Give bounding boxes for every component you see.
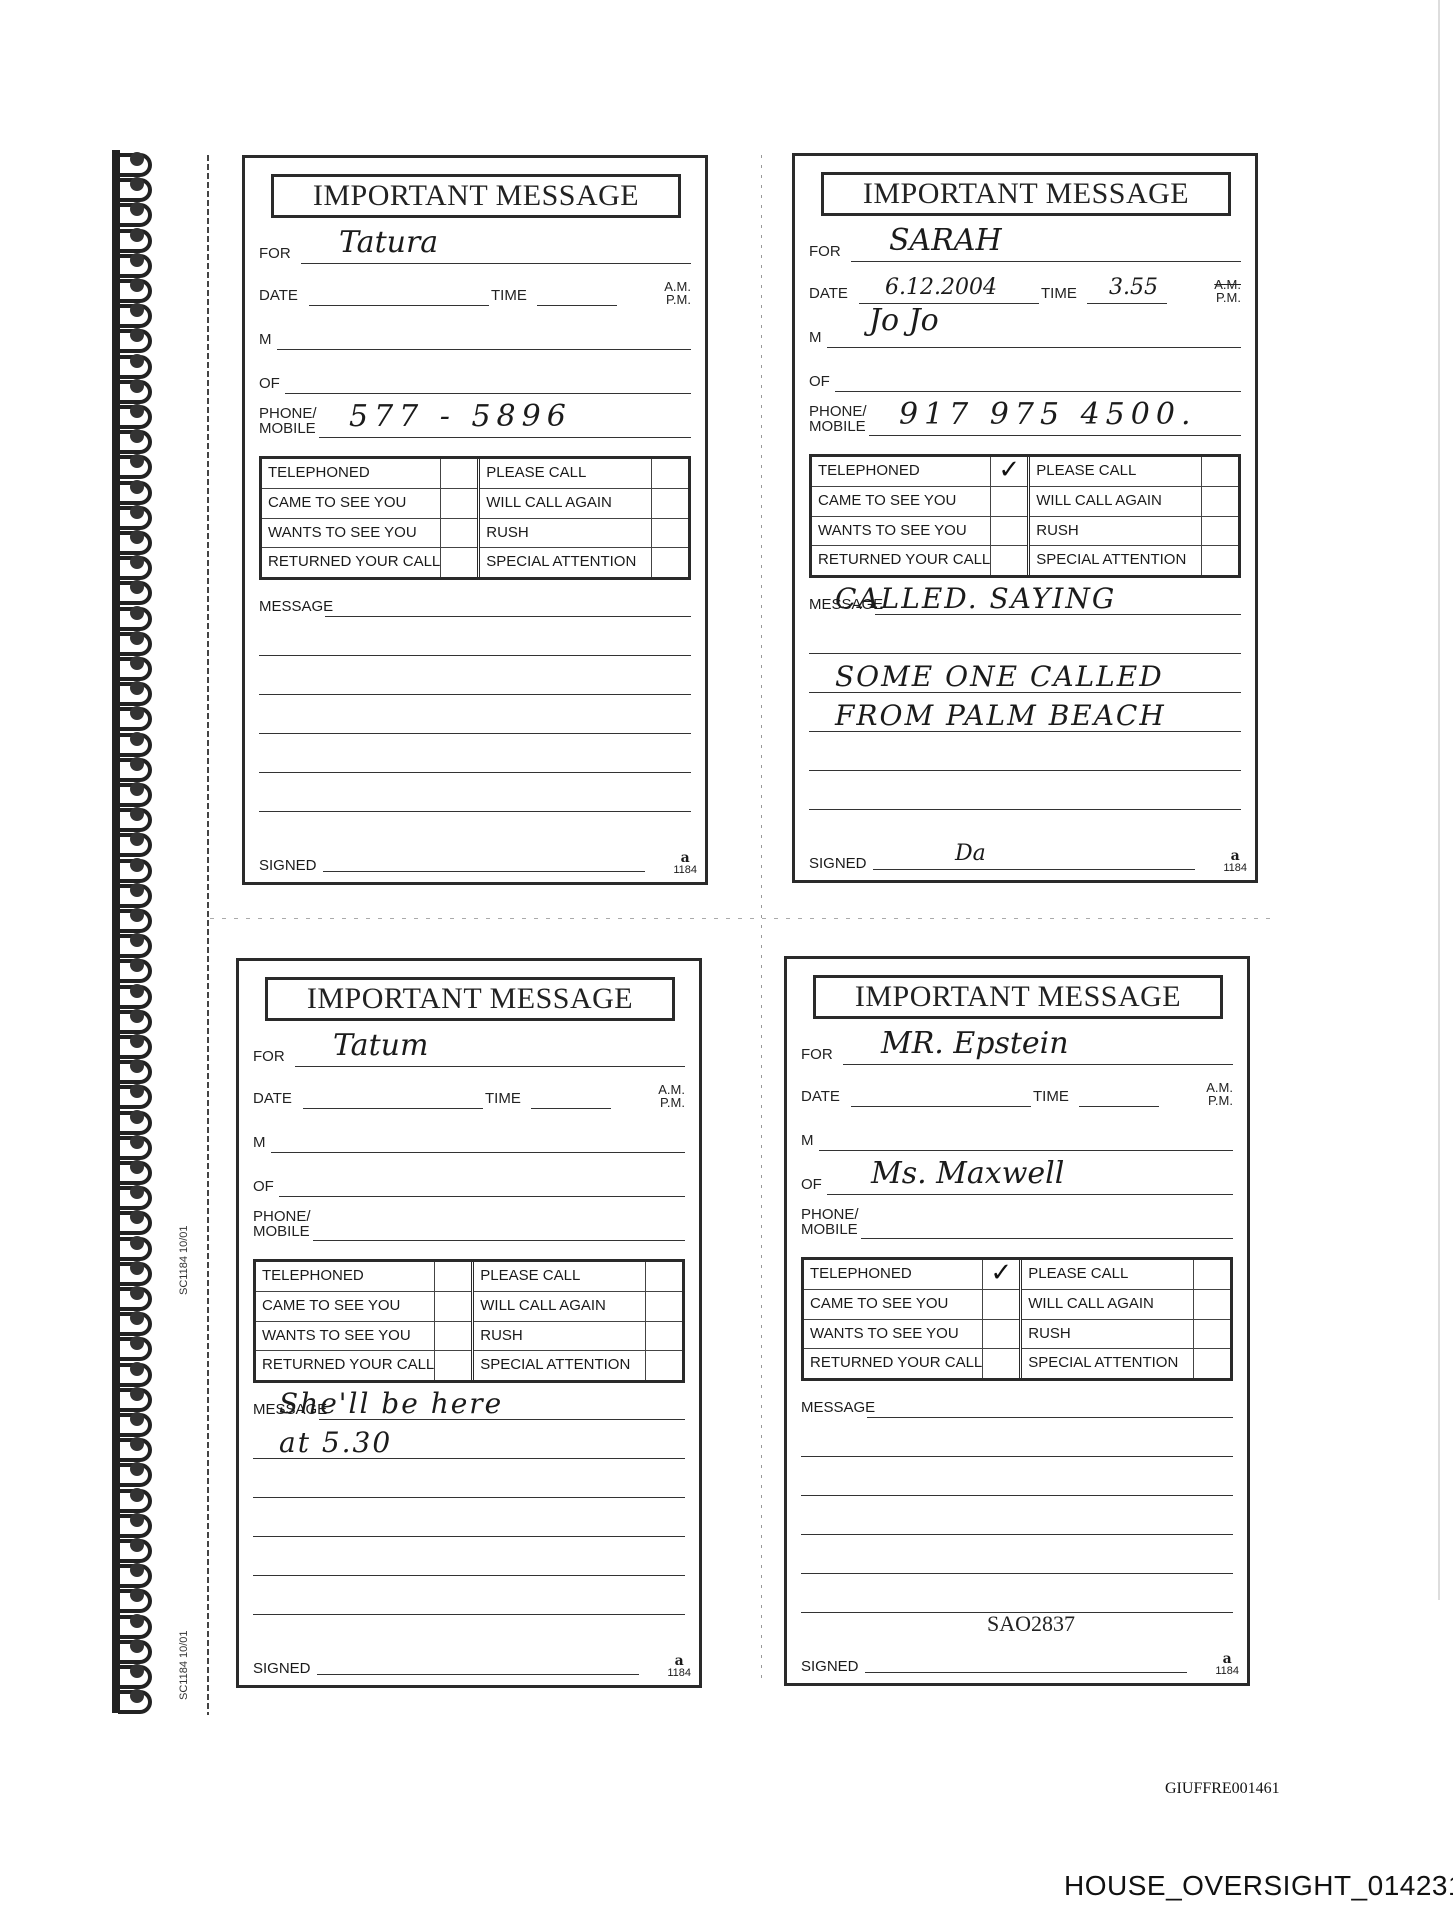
for-field: FORMR. Epstein	[801, 1029, 1233, 1065]
spiral-coil	[108, 452, 158, 474]
checkbox[interactable]	[434, 1322, 471, 1351]
check-label: CAME TO SEE YOU	[812, 487, 990, 516]
pm-label: P.M.	[1206, 1094, 1233, 1107]
check-row: RUSH	[474, 1322, 682, 1352]
check-label: WILL CALL AGAIN	[1030, 487, 1201, 516]
time-value: 3.55	[1109, 275, 1158, 300]
spiral-coil	[108, 1334, 158, 1356]
check-column: TELEPHONEDCAME TO SEE YOUWANTS TO SEE YO…	[262, 459, 480, 577]
spiral-coil	[108, 704, 158, 726]
phone-label-line2: MOBILE	[259, 420, 316, 437]
of-field: OF	[809, 356, 1241, 392]
spiral-coil	[108, 1057, 158, 1079]
phone-value: 577 - 5896	[349, 399, 572, 434]
checkbox[interactable]	[645, 1322, 682, 1351]
check-grid: TELEPHONEDCAME TO SEE YOUWANTS TO SEE YO…	[259, 456, 691, 580]
message-rule	[809, 770, 1241, 771]
for-line	[843, 1064, 1233, 1065]
spiral-coil	[108, 830, 158, 852]
for-label: FOR	[809, 243, 841, 260]
for-value: MR. Epstein	[881, 1026, 1069, 1061]
message-rule	[259, 655, 691, 656]
form-number-text: 1184	[1215, 1665, 1239, 1677]
message-line-text: SOME ONE CALLED	[835, 660, 1164, 693]
document-stamp: SAO2837	[987, 1611, 1075, 1637]
date-time-field: DATE6.12.2004TIME3.55A.M.P.M.	[809, 268, 1241, 304]
check-column: PLEASE CALLWILL CALL AGAINRUSHSPECIAL AT…	[480, 459, 688, 577]
spiral-coil	[108, 931, 158, 953]
for-line	[295, 1066, 685, 1067]
m-line	[827, 347, 1241, 348]
check-row: RETURNED YOUR CALL	[262, 548, 477, 577]
perforation-vertical	[761, 155, 762, 1685]
message-rule	[801, 1456, 1233, 1457]
spiral-coil	[108, 326, 158, 348]
message-rule	[809, 809, 1241, 810]
time-label: TIME	[1033, 1088, 1069, 1105]
phone-label-line2: MOBILE	[809, 418, 866, 435]
page-edge	[1438, 0, 1440, 1600]
message-rule	[809, 653, 1241, 654]
for-field: FORTatum	[253, 1031, 685, 1067]
check-row: PLEASE CALL	[1030, 457, 1238, 487]
check-row: WANTS TO SEE YOU	[804, 1320, 1019, 1350]
spiral-coil	[108, 1561, 158, 1583]
check-label: RETURNED YOUR CALL	[256, 1351, 434, 1380]
message-line-text: at 5.30	[279, 1426, 392, 1459]
check-row: WILL CALL AGAIN	[1022, 1290, 1230, 1320]
check-row: TELEPHONED✓	[812, 457, 1027, 487]
checkbox[interactable]: ✓	[982, 1260, 1019, 1289]
spiral-coil	[108, 805, 158, 827]
check-row: WANTS TO SEE YOU	[256, 1322, 471, 1352]
check-row: WANTS TO SEE YOU	[812, 517, 1027, 547]
signed-label: SIGNED	[801, 1658, 859, 1675]
slip-title: IMPORTANT MESSAGE	[265, 977, 675, 1021]
spiral-coil	[108, 1435, 158, 1457]
pm-label: P.M.	[664, 293, 691, 306]
for-value: SARAH	[889, 223, 1002, 258]
check-label: SPECIAL ATTENTION	[480, 548, 651, 577]
checkbox[interactable]	[651, 519, 688, 548]
check-label: WILL CALL AGAIN	[480, 489, 651, 518]
check-label: RETURNED YOUR CALL	[804, 1349, 982, 1378]
spiral-coil	[108, 377, 158, 399]
check-label: WANTS TO SEE YOU	[256, 1322, 434, 1351]
signed-value: Da	[955, 841, 986, 866]
check-row: RUSH	[1030, 517, 1238, 547]
spiral-coil	[108, 226, 158, 248]
spiral-coil	[108, 1612, 158, 1634]
spiral-coil	[108, 1284, 158, 1306]
check-label: CAME TO SEE YOU	[256, 1292, 434, 1321]
form-logo-icon: a	[1223, 850, 1247, 862]
check-label: WILL CALL AGAIN	[1022, 1290, 1193, 1319]
spiral-coil	[108, 1158, 158, 1180]
message-slip-2: IMPORTANT MESSAGEFORSARAHDATE6.12.2004TI…	[792, 153, 1258, 883]
spiral-coil	[108, 251, 158, 273]
time-label: TIME	[491, 287, 527, 304]
spiral-coil	[108, 1460, 158, 1482]
spiral-binding	[108, 150, 160, 1710]
spiral-coil	[108, 1133, 158, 1155]
spiral-coil	[108, 1410, 158, 1432]
spiral-coil	[108, 528, 158, 550]
date-line	[303, 1108, 483, 1109]
bates-number-oversight: HOUSE_OVERSIGHT_014231	[1064, 1870, 1453, 1902]
spiral-coil	[108, 604, 158, 626]
spiral-coil	[108, 1662, 158, 1684]
of-label: OF	[253, 1178, 274, 1195]
check-label: SPECIAL ATTENTION	[474, 1351, 645, 1380]
checkbox[interactable]	[645, 1292, 682, 1321]
checkbox[interactable]	[1193, 1260, 1230, 1289]
of-value: Ms. Maxwell	[871, 1156, 1064, 1191]
spiral-coil	[108, 402, 158, 424]
check-row: CAME TO SEE YOU	[804, 1290, 1019, 1320]
spiral-coil	[108, 881, 158, 903]
date-line	[309, 305, 489, 306]
form-number-text: 1184	[673, 864, 697, 876]
spiral-coil	[108, 1108, 158, 1130]
checkbox[interactable]	[434, 1351, 471, 1380]
for-label: FOR	[801, 1046, 833, 1063]
check-label: WANTS TO SEE YOU	[804, 1320, 982, 1349]
spiral-coil	[108, 1082, 158, 1104]
check-row: CAME TO SEE YOU	[262, 489, 477, 519]
date-label: DATE	[809, 285, 848, 302]
spiral-coil	[108, 1309, 158, 1331]
checkbox[interactable]	[1201, 517, 1238, 546]
time-line	[537, 305, 617, 306]
am-pm-label: A.M.P.M.	[664, 280, 691, 306]
time-label: TIME	[1041, 285, 1077, 302]
check-row: CAME TO SEE YOU	[812, 487, 1027, 517]
check-label: RUSH	[480, 519, 651, 548]
for-label: FOR	[259, 245, 291, 262]
check-grid: TELEPHONED✓CAME TO SEE YOUWANTS TO SEE Y…	[809, 454, 1241, 578]
message-line-text: FROM PALM BEACH	[835, 699, 1166, 732]
checkbox[interactable]	[434, 1292, 471, 1321]
checkbox[interactable]	[982, 1320, 1019, 1349]
phone-label-line2: MOBILE	[801, 1221, 858, 1238]
spiral-coil	[108, 276, 158, 298]
m-field: M	[801, 1111, 1233, 1151]
spiral-coil	[108, 956, 158, 978]
message-rule	[259, 772, 691, 773]
check-row: PLEASE CALL	[1022, 1260, 1230, 1290]
spiral-coil	[108, 1486, 158, 1508]
checkbox[interactable]: ✓	[990, 457, 1027, 486]
check-row: RUSH	[1022, 1320, 1230, 1350]
for-field: FORSARAH	[809, 226, 1241, 262]
for-label: FOR	[253, 1048, 285, 1065]
message-rule	[259, 733, 691, 734]
check-row: TELEPHONED	[256, 1262, 471, 1292]
margin-form-code: SC1184 10/01	[178, 1225, 190, 1295]
form-number-text: 1184	[667, 1667, 691, 1679]
phone-field: PHONE/MOBILE	[253, 1197, 685, 1241]
checkbox[interactable]	[1193, 1320, 1230, 1349]
m-value: Jo Jo	[869, 303, 939, 338]
time-line	[1079, 1106, 1159, 1107]
message-rule	[867, 1417, 1233, 1418]
phone-label-line2: MOBILE	[253, 1223, 310, 1240]
check-row: SPECIAL ATTENTION	[1030, 546, 1238, 575]
for-line	[301, 263, 691, 264]
check-label: RUSH	[474, 1322, 645, 1351]
checkbox[interactable]	[982, 1290, 1019, 1319]
spiral-coil	[108, 427, 158, 449]
check-label: PLEASE CALL	[1030, 457, 1201, 486]
m-line	[819, 1150, 1233, 1151]
form-logo-icon: a	[673, 852, 697, 864]
spiral-coil	[108, 1208, 158, 1230]
phone-label: PHONE/MOBILE	[259, 406, 317, 436]
slip-title: IMPORTANT MESSAGE	[813, 975, 1223, 1019]
checkbox[interactable]	[982, 1349, 1019, 1378]
check-label: WANTS TO SEE YOU	[262, 519, 440, 548]
check-label: CAME TO SEE YOU	[804, 1290, 982, 1319]
spiral-coil	[108, 856, 158, 878]
check-row: SPECIAL ATTENTION	[1022, 1349, 1230, 1378]
signed-line	[317, 1674, 639, 1675]
message-rule	[253, 1536, 685, 1537]
spiral-coil	[108, 755, 158, 777]
checkbox[interactable]	[1201, 487, 1238, 516]
phone-line	[861, 1238, 1233, 1239]
m-field: MJo Jo	[809, 308, 1241, 348]
form-number: a1184	[1215, 1653, 1239, 1677]
spiral-coil	[108, 1511, 158, 1533]
spiral-coil	[108, 1536, 158, 1558]
perforation-line	[207, 155, 209, 1715]
check-row: SPECIAL ATTENTION	[480, 548, 688, 577]
slip-title: IMPORTANT MESSAGE	[271, 174, 681, 218]
of-field: OFMs. Maxwell	[801, 1159, 1233, 1195]
check-row: CAME TO SEE YOU	[256, 1292, 471, 1322]
check-column: PLEASE CALLWILL CALL AGAINRUSHSPECIAL AT…	[474, 1262, 682, 1380]
check-row: RETURNED YOUR CALL	[256, 1351, 471, 1380]
check-row: WILL CALL AGAIN	[480, 489, 688, 519]
spiral-coil	[108, 1183, 158, 1205]
checkbox[interactable]	[990, 517, 1027, 546]
checkbox[interactable]	[645, 1262, 682, 1291]
date-time-field: DATETIMEA.M.P.M.	[253, 1073, 685, 1109]
check-row: SPECIAL ATTENTION	[474, 1351, 682, 1380]
date-label: DATE	[801, 1088, 840, 1105]
check-grid: TELEPHONEDCAME TO SEE YOUWANTS TO SEE YO…	[253, 1259, 685, 1383]
bates-number-giuffre: GIUFFRE001461	[1165, 1780, 1280, 1798]
check-label: TELEPHONED	[812, 457, 990, 486]
check-label: WANTS TO SEE YOU	[812, 517, 990, 546]
phone-line	[313, 1240, 685, 1241]
phone-label: PHONE/MOBILE	[801, 1207, 859, 1237]
check-label: RETURNED YOUR CALL	[812, 546, 990, 575]
phone-line	[869, 435, 1241, 436]
check-grid: TELEPHONED✓CAME TO SEE YOUWANTS TO SEE Y…	[801, 1257, 1233, 1381]
check-row: TELEPHONED✓	[804, 1260, 1019, 1290]
message-line-text: CALLED. SAYING	[835, 582, 1116, 615]
check-row: RUSH	[480, 519, 688, 549]
for-value: Tatum	[333, 1028, 428, 1063]
checkbox[interactable]	[990, 487, 1027, 516]
spiral-coil	[108, 553, 158, 575]
for-line	[851, 261, 1241, 262]
m-label: M	[809, 329, 822, 346]
am-pm-label: A.M.P.M.	[1214, 278, 1241, 304]
form-logo-icon: a	[1215, 1653, 1239, 1665]
phone-value: 917 975 4500.	[899, 397, 1196, 432]
spiral-coil	[108, 150, 158, 172]
checkbox[interactable]	[1201, 457, 1238, 486]
spiral-coil	[108, 679, 158, 701]
date-line	[851, 1106, 1031, 1107]
phone-label: PHONE/MOBILE	[253, 1209, 311, 1239]
check-label: PLEASE CALL	[480, 459, 651, 488]
spiral-coil	[108, 1687, 158, 1709]
m-label: M	[253, 1134, 266, 1151]
message-label: MESSAGE	[801, 1399, 875, 1416]
check-column: TELEPHONEDCAME TO SEE YOUWANTS TO SEE YO…	[256, 1262, 474, 1380]
form-number: a1184	[1223, 850, 1247, 874]
check-row: PLEASE CALL	[474, 1262, 682, 1292]
spiral-coil	[108, 1259, 158, 1281]
time-line	[531, 1108, 611, 1109]
spiral-coil	[108, 352, 158, 374]
check-column: PLEASE CALLWILL CALL AGAINRUSHSPECIAL AT…	[1022, 1260, 1230, 1378]
spiral-coil	[108, 301, 158, 323]
form-number-text: 1184	[1223, 862, 1247, 874]
am-pm-label: A.M.P.M.	[658, 1083, 685, 1109]
message-rule	[325, 616, 691, 617]
spiral-coil	[108, 175, 158, 197]
signed-line	[865, 1672, 1187, 1673]
checkbox[interactable]	[651, 459, 688, 488]
m-field: M	[259, 310, 691, 350]
m-label: M	[801, 1132, 814, 1149]
spiral-coil	[108, 1007, 158, 1029]
spiral-coil	[108, 629, 158, 651]
m-field: M	[253, 1113, 685, 1153]
date-label: DATE	[259, 287, 298, 304]
checkbox[interactable]	[440, 548, 477, 577]
of-field: OF	[259, 358, 691, 394]
check-column: TELEPHONED✓CAME TO SEE YOUWANTS TO SEE Y…	[804, 1260, 1022, 1378]
message-slip-3: IMPORTANT MESSAGEFORTatumDATETIMEA.M.P.M…	[236, 958, 702, 1688]
spiral-coil	[108, 1385, 158, 1407]
spiral-coil	[108, 578, 158, 600]
signed-label: SIGNED	[259, 857, 317, 874]
check-row: PLEASE CALL	[480, 459, 688, 489]
check-label: PLEASE CALL	[474, 1262, 645, 1291]
spiral-coil	[108, 200, 158, 222]
message-rule	[253, 1497, 685, 1498]
margin-form-code: SC1184 10/01	[178, 1630, 190, 1700]
signed-label: SIGNED	[809, 855, 867, 872]
message-rule	[259, 811, 691, 812]
check-row: RETURNED YOUR CALL	[812, 546, 1027, 575]
phone-field: PHONE/MOBILE	[801, 1195, 1233, 1239]
message-slip-1: IMPORTANT MESSAGEFORTaturaDATETIMEA.M.P.…	[242, 155, 708, 885]
message-rule	[259, 694, 691, 695]
checkbox[interactable]	[651, 548, 688, 577]
message-label: MESSAGE	[259, 598, 333, 615]
message-rule	[801, 1495, 1233, 1496]
phone-label: PHONE/MOBILE	[809, 404, 867, 434]
checkbox[interactable]	[440, 489, 477, 518]
perforation-horizontal	[210, 918, 1270, 919]
message-line-text: She'll be here	[279, 1387, 503, 1420]
checkbox[interactable]	[1193, 1349, 1230, 1378]
check-label: TELEPHONED	[256, 1262, 434, 1291]
for-value: Tatura	[339, 225, 438, 260]
checkbox[interactable]	[1201, 546, 1238, 575]
signed-line	[873, 869, 1195, 870]
check-label: SPECIAL ATTENTION	[1022, 1349, 1193, 1378]
phone-field: PHONE/MOBILE577 - 5896	[259, 394, 691, 438]
checkbox[interactable]	[434, 1262, 471, 1291]
for-field: FORTatura	[259, 228, 691, 264]
spiral-coil	[108, 780, 158, 802]
pm-label: P.M.	[1214, 291, 1241, 304]
spiral-coil	[108, 1360, 158, 1382]
phone-field: PHONE/MOBILE917 975 4500.	[809, 392, 1241, 436]
checkbox[interactable]	[440, 519, 477, 548]
form-number: a1184	[673, 852, 697, 876]
checkbox[interactable]	[651, 489, 688, 518]
date-label: DATE	[253, 1090, 292, 1107]
time-line	[1087, 303, 1167, 304]
spiral-coil	[108, 906, 158, 928]
check-column: PLEASE CALLWILL CALL AGAINRUSHSPECIAL AT…	[1030, 457, 1238, 575]
check-label: SPECIAL ATTENTION	[1030, 546, 1201, 575]
slip-title: IMPORTANT MESSAGE	[821, 172, 1231, 216]
form-logo-icon: a	[667, 1655, 691, 1667]
check-label: TELEPHONED	[262, 459, 440, 488]
check-row: RETURNED YOUR CALL	[804, 1349, 1019, 1378]
checkbox[interactable]	[440, 459, 477, 488]
check-label: WILL CALL AGAIN	[474, 1292, 645, 1321]
pm-label: P.M.	[658, 1096, 685, 1109]
message-rule	[801, 1573, 1233, 1574]
checkbox[interactable]	[1193, 1290, 1230, 1319]
message-slip-4: IMPORTANT MESSAGEFORMR. EpsteinDATETIMEA…	[784, 956, 1250, 1686]
check-label: PLEASE CALL	[1022, 1260, 1193, 1289]
of-field: OF	[253, 1161, 685, 1197]
message-rule	[253, 1614, 685, 1615]
check-column: TELEPHONED✓CAME TO SEE YOUWANTS TO SEE Y…	[812, 457, 1030, 575]
date-time-field: DATETIMEA.M.P.M.	[259, 270, 691, 306]
spiral-coil	[108, 1234, 158, 1256]
time-label: TIME	[485, 1090, 521, 1107]
check-row: TELEPHONED	[262, 459, 477, 489]
checkbox[interactable]	[645, 1351, 682, 1380]
m-line	[271, 1152, 685, 1153]
signed-line	[323, 871, 645, 872]
m-line	[277, 349, 691, 350]
phone-line	[319, 437, 691, 438]
spiral-coil	[108, 1637, 158, 1659]
message-rule	[253, 1575, 685, 1576]
signed-label: SIGNED	[253, 1660, 311, 1677]
checkbox[interactable]	[990, 546, 1027, 575]
spiral-coil	[108, 478, 158, 500]
of-label: OF	[801, 1176, 822, 1193]
check-row: WILL CALL AGAIN	[474, 1292, 682, 1322]
spiral-coil	[108, 654, 158, 676]
check-row: WANTS TO SEE YOU	[262, 519, 477, 549]
